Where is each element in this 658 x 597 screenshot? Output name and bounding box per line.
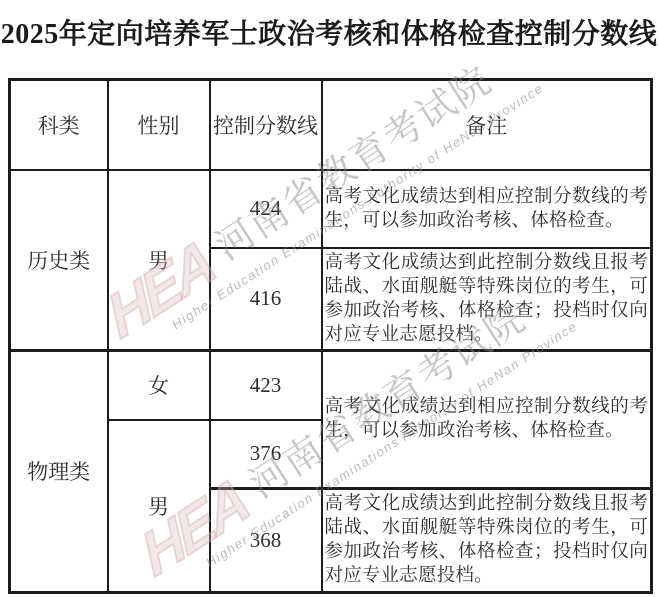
table-row-physics-female: 物理类 女 423 高考文化成绩达到相应控制分数线的考生，可以参加政治考核、体格… — [10, 350, 652, 420]
remark-cell-physics-special: 高考文化成绩达到此控制分数线且报考陆战、水面舰艇等特殊岗位的考生，可参加政治考核… — [322, 488, 652, 592]
score-cell-physics-female: 423 — [210, 350, 322, 420]
gender-cell-physics-female: 女 — [108, 350, 210, 420]
gender-cell-physics-male: 男 — [108, 420, 210, 592]
col-header-gender: 性别 — [108, 80, 210, 170]
page-title: 2025年定向培养军士政治考核和体格检查控制分数线 — [0, 12, 658, 52]
col-header-score-line: 控制分数线 — [210, 80, 322, 170]
page: 2025年定向培养军士政治考核和体格检查控制分数线 科类 性别 控制分数线 备注… — [0, 0, 658, 597]
table-row-history-regular: 历史类 男 424 高考文化成绩达到相应控制分数线的考生，可以参加政治考核、体格… — [10, 170, 652, 248]
remark-cell-physics-regular: 高考文化成绩达到相应控制分数线的考生，可以参加政治考核、体格检查。 — [322, 350, 652, 488]
remark-cell-history-special: 高考文化成绩达到此控制分数线且报考陆战、水面舰艇等特殊岗位的考生，可参加政治考核… — [322, 248, 652, 351]
score-cell-physics-male-special: 368 — [210, 488, 322, 592]
col-header-category: 科类 — [10, 80, 108, 170]
remark-cell-history-regular: 高考文化成绩达到相应控制分数线的考生，可以参加政治考核、体格检查。 — [322, 170, 652, 248]
score-cell-history-male-special: 416 — [210, 248, 322, 351]
col-header-remark: 备注 — [322, 80, 652, 170]
score-cell-physics-male-regular: 376 — [210, 420, 322, 488]
gender-cell-history-male: 男 — [108, 170, 210, 351]
header-row: 科类 性别 控制分数线 备注 — [10, 80, 652, 170]
score-table: 科类 性别 控制分数线 备注 历史类 男 424 高考文化成绩达到相应控制分数线… — [8, 78, 653, 594]
category-cell-history: 历史类 — [10, 170, 108, 351]
score-cell-history-male-regular: 424 — [210, 170, 322, 248]
category-cell-physics: 物理类 — [10, 350, 108, 592]
